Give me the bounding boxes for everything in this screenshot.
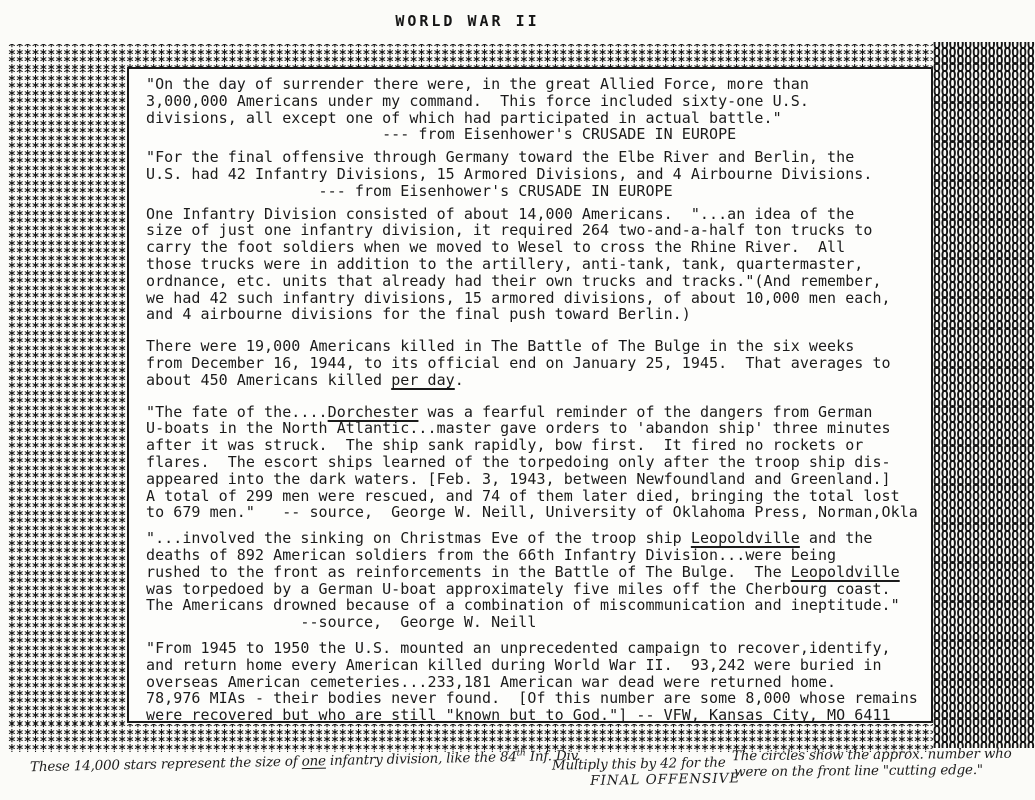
typed-line: divisions, all except one of which had p… bbox=[146, 110, 926, 127]
typed-paragraph: "...involved the sinking on Christmas Ev… bbox=[146, 530, 926, 631]
typed-paragraph: One Infantry Division consisted of about… bbox=[146, 206, 926, 324]
typed-line: --- from Eisenhower's CRUSADE IN EUROPE bbox=[146, 183, 926, 200]
typed-line: rushed to the front as reinforcements in… bbox=[146, 564, 926, 581]
typed-line: appeared into the dark waters. [Feb. 3, … bbox=[146, 471, 926, 488]
handwritten-note-circles: The circles show the approx. number who … bbox=[732, 746, 1012, 780]
circles-note-line2: were on the front line "cutting edge." bbox=[734, 762, 1012, 780]
typed-line: were recovered but who are still "known … bbox=[146, 707, 926, 723]
page-title: WORLD WAR II bbox=[0, 12, 935, 30]
typed-line: "On the day of surrender there were, in … bbox=[146, 76, 926, 93]
typed-paragraph: "From 1945 to 1950 the U.S. mounted an u… bbox=[146, 640, 926, 723]
typed-line: --- from Eisenhower's CRUSADE IN EUROPE bbox=[146, 126, 926, 143]
typed-line: after it was struck. The ship sank rapid… bbox=[146, 437, 926, 454]
typed-line: U-boats in the North Atlantic...master g… bbox=[146, 420, 926, 437]
stars-note-underlined-word: one bbox=[301, 753, 326, 770]
typed-paragraph: "For the final offensive through Germany… bbox=[146, 149, 926, 199]
typed-text: "On the day of surrender there were, in … bbox=[146, 76, 926, 723]
typed-paragraph: "On the day of surrender there were, in … bbox=[146, 76, 926, 143]
typed-paragraph: "The fate of the....Dorchester was a fea… bbox=[146, 404, 926, 522]
typed-line: "...involved the sinking on Christmas Ev… bbox=[146, 530, 926, 547]
typed-line: 78,976 MIAs - their bodies never found. … bbox=[146, 690, 926, 707]
typed-line: The Americans drowned because of a combi… bbox=[146, 597, 926, 614]
typed-line: --source, George W. Neill bbox=[146, 614, 926, 631]
typed-line: ordnance, etc. units that already had th… bbox=[146, 273, 926, 290]
stars-note-text: These 14,000 stars represent the size of bbox=[30, 754, 302, 776]
typed-line: carry the foot soldiers when we moved to… bbox=[146, 239, 926, 256]
star-border-left: ***************** ***************** ****… bbox=[8, 70, 127, 724]
stars-note-text: infantry division, like the 84 bbox=[326, 749, 517, 769]
typed-line: about 450 Americans killed per day. bbox=[146, 372, 926, 389]
stars-note-superscript: th bbox=[516, 748, 525, 758]
typed-line: 3,000,000 Americans under my command. Th… bbox=[146, 93, 926, 110]
typed-line: size of just one infantry division, it r… bbox=[146, 222, 926, 239]
typed-line: flares. The escort ships learned of the … bbox=[146, 454, 926, 471]
typed-line: and return home every American killed du… bbox=[146, 657, 926, 674]
typed-line: was torpedoed by a German U-boat approxi… bbox=[146, 581, 926, 598]
typed-line: "For the final offensive through Germany… bbox=[146, 149, 926, 166]
typed-page: "On the day of surrender there were, in … bbox=[127, 67, 933, 723]
typed-line: U.S. had 42 Infantry Divisions, 15 Armor… bbox=[146, 166, 926, 183]
typed-line: to 679 men." -- source, George W. Neill,… bbox=[146, 504, 926, 521]
typed-line: those trucks were in addition to the art… bbox=[146, 256, 926, 273]
typed-line: A total of 299 men were rescued, and 74 … bbox=[146, 488, 926, 505]
typed-line: "From 1945 to 1950 the U.S. mounted an u… bbox=[146, 640, 926, 657]
multiply-note-line2: FINAL OFFENSIVE bbox=[590, 770, 740, 789]
handwritten-note-multiply: Multiply this by 42 for the FINAL OFFENS… bbox=[552, 754, 741, 789]
typed-line: from December 16, 1944, to its official … bbox=[146, 355, 926, 372]
typed-line: and 4 airbourne divisions for the final … bbox=[146, 306, 926, 323]
typed-line: One Infantry Division consisted of about… bbox=[146, 206, 926, 223]
typed-line: "The fate of the....Dorchester was a fea… bbox=[146, 404, 926, 421]
typed-line: deaths of 892 American soldiers from the… bbox=[146, 547, 926, 564]
typed-line: There were 19,000 Americans killed in Th… bbox=[146, 338, 926, 355]
typed-line: overseas American cemeteries...233,181 A… bbox=[146, 674, 926, 691]
typed-line: we had 42 such infantry divisions, 15 ar… bbox=[146, 290, 926, 307]
typed-paragraph: There were 19,000 Americans killed in Th… bbox=[146, 338, 926, 388]
circle-border-right: OOOOOOOOOOOOOOO OOOOOOOOOOOOOOO OOOOOOOO… bbox=[933, 42, 1035, 748]
